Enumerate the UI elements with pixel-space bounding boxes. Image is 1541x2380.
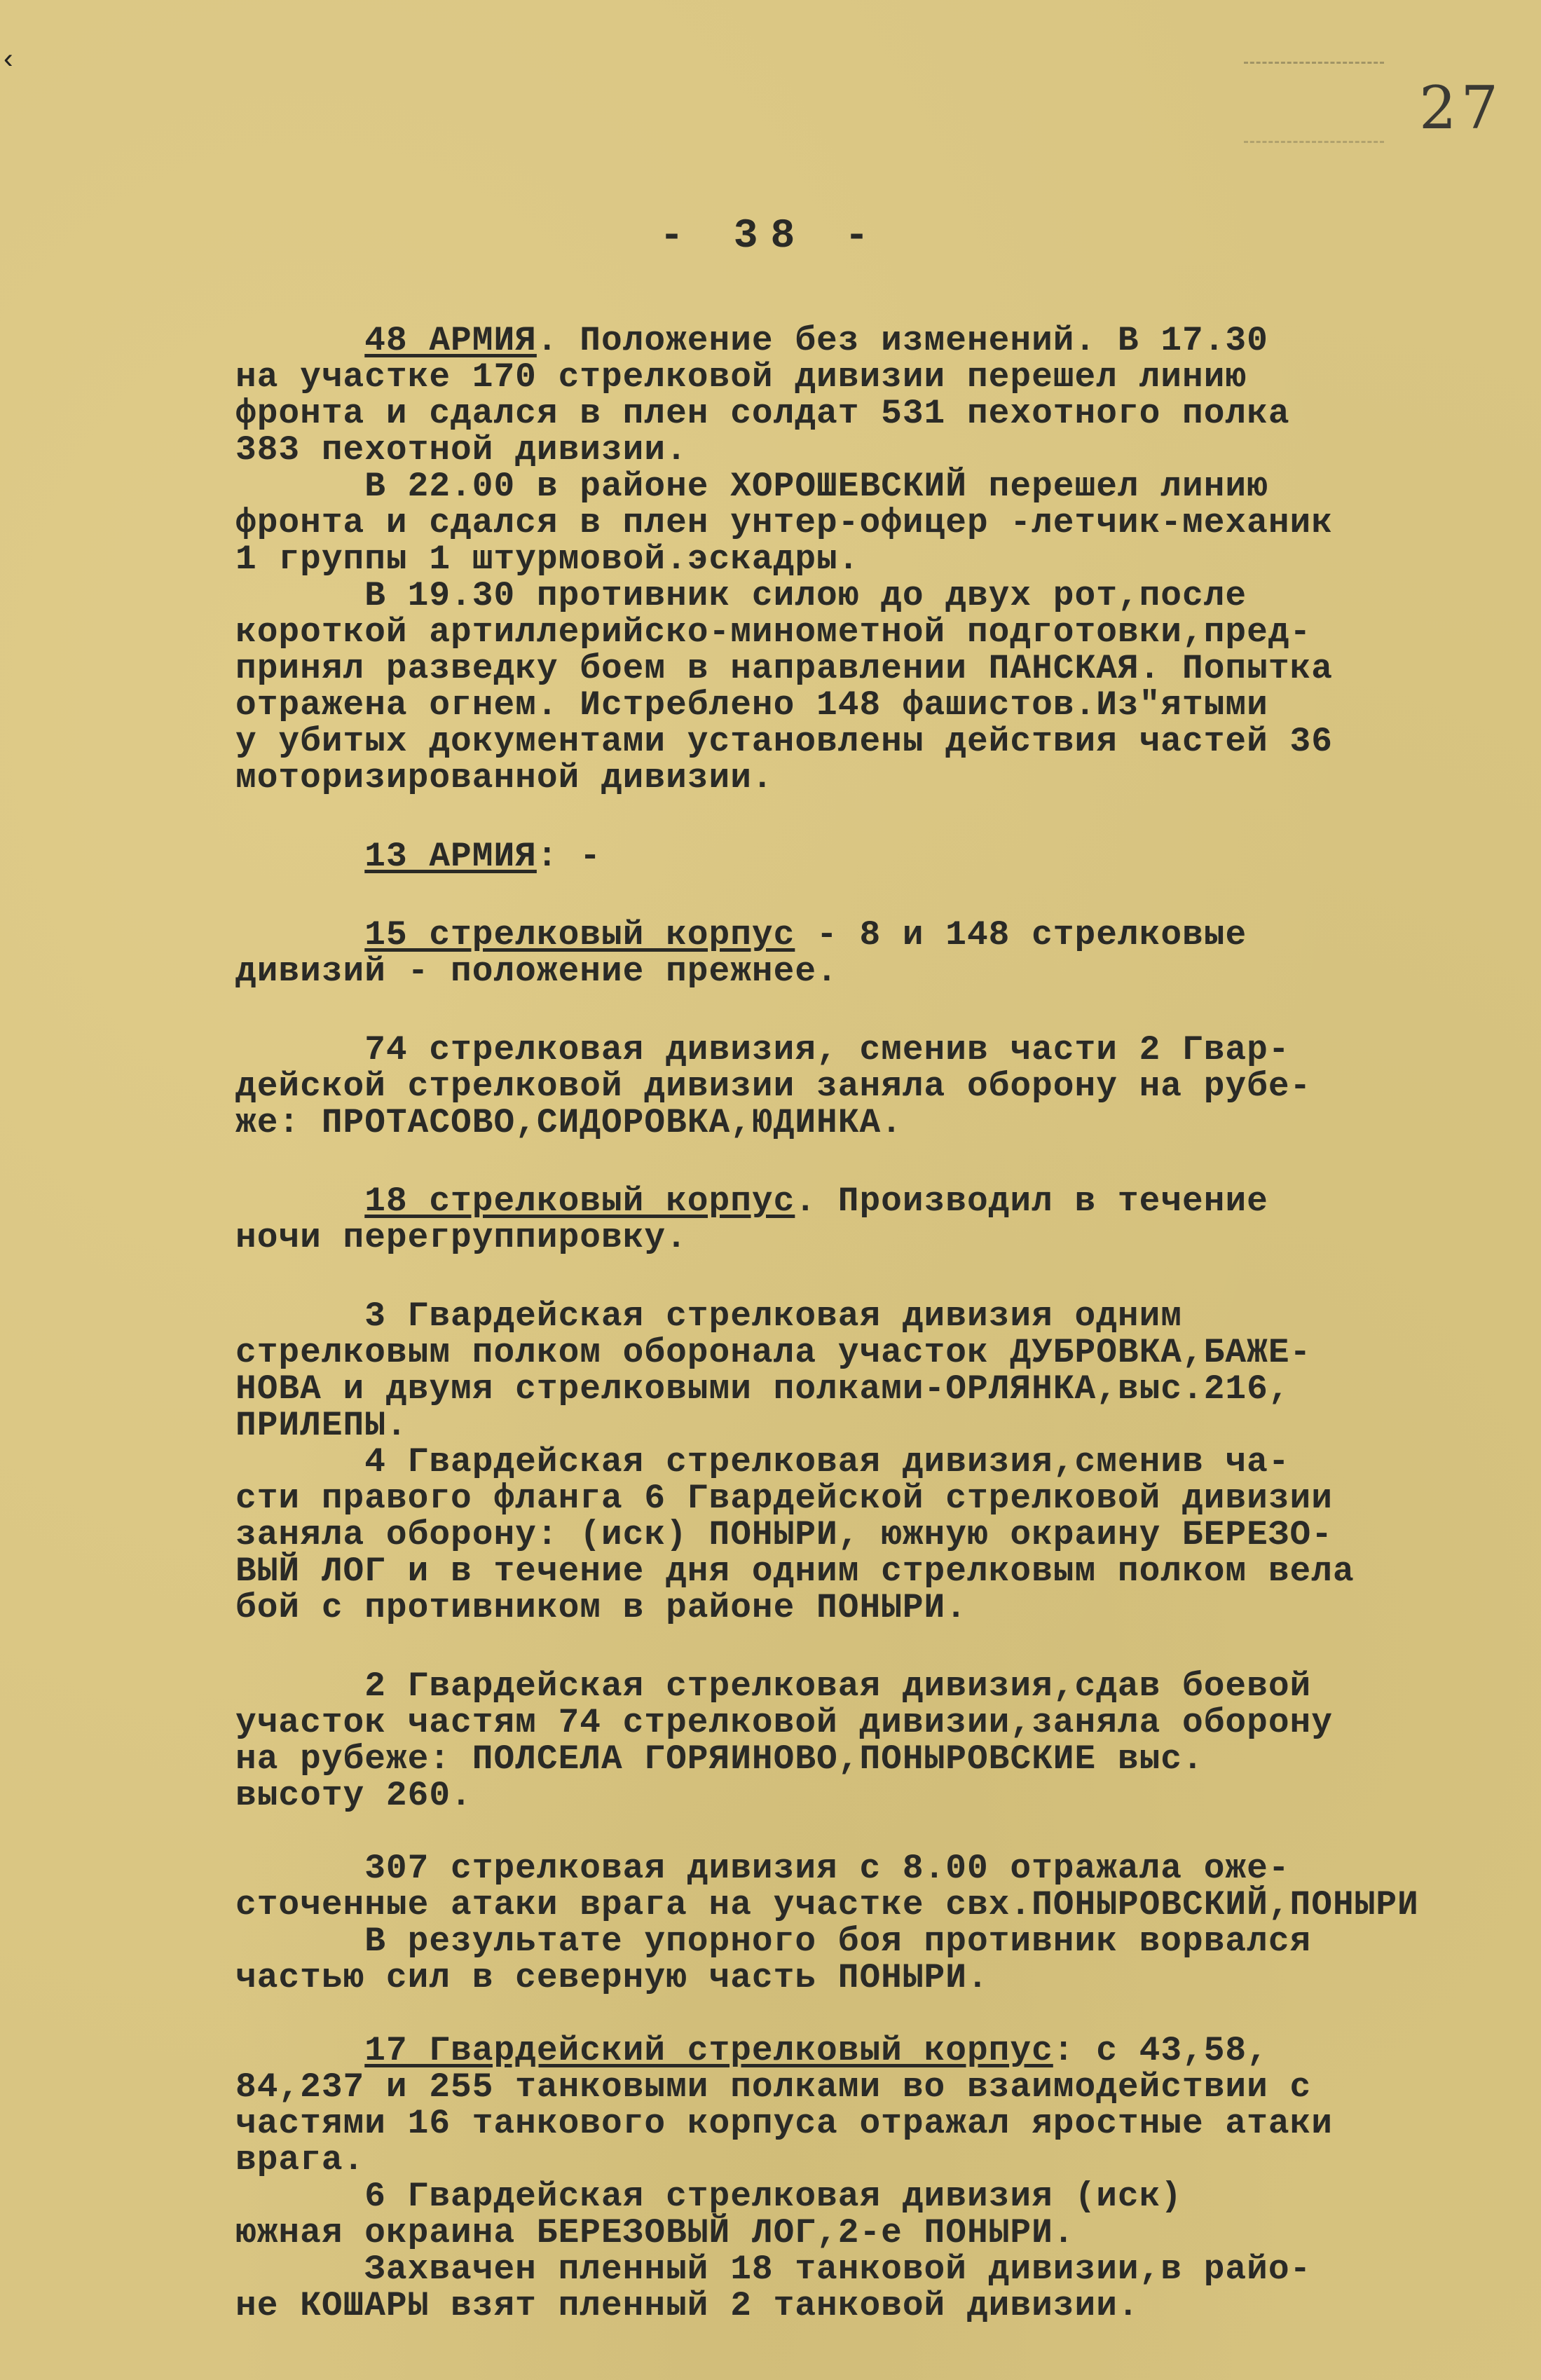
archive-sheet-number: 27 <box>1419 74 1502 142</box>
page-number: - 38 - <box>0 214 1541 259</box>
section-division-307: 307 стрелковая дивизия с 8.00 отражала о… <box>235 1850 1532 1996</box>
section-heading: 17 Гвардейский стрелковый корпус <box>364 2031 1053 2070</box>
section-army-48: 48 АРМИЯ. Положение без изменений. В 17.… <box>235 322 1532 796</box>
margin-mark: ‹ <box>0 46 17 77</box>
section-army-13: 13 АРМИЯ: - <box>235 838 1532 875</box>
section-corps-18: 18 стрелковый корпус. Производил в течен… <box>235 1183 1532 1256</box>
archive-stamp <box>1244 62 1384 143</box>
section-guards-corps-17: 17 Гвардейский стрелковый корпус: с 43,5… <box>235 2032 1532 2324</box>
section-heading: 15 стрелковый корпус <box>364 915 795 955</box>
section-heading: 13 АРМИЯ <box>364 837 537 876</box>
section-guards-divisions-3-4: 3 Гвардейская стрелковая дивизия одним с… <box>235 1298 1532 1626</box>
document-body: 48 АРМИЯ. Положение без изменений. В 17.… <box>235 322 1532 2324</box>
section-heading: 18 стрелковый корпус <box>364 1182 795 1221</box>
section-division-74: 74 стрелковая дивизия, сменив части 2 Гв… <box>235 1032 1532 1141</box>
section-corps-15: 15 стрелковый корпус - 8 и 148 стрелковы… <box>235 917 1532 990</box>
section-heading: 48 АРМИЯ <box>364 321 537 360</box>
section-guards-division-2: 2 Гвардейская стрелковая дивизия,сдав бо… <box>235 1668 1532 1814</box>
